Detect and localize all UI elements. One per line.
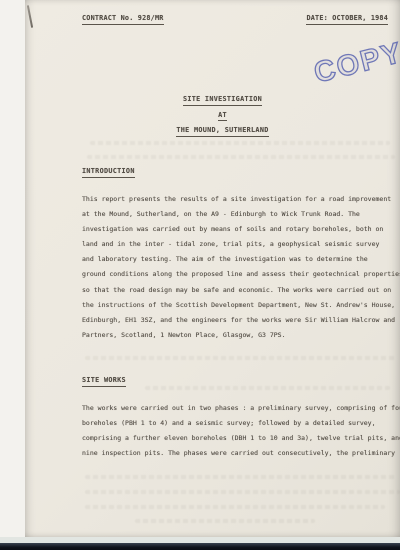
introduction-paragraph: This report presents the results of a si… xyxy=(82,192,392,343)
section-heading-site-works: SITE WORKS xyxy=(82,376,126,384)
document-title: SITE INVESTIGATION AT THE MOUND, SUTHERL… xyxy=(115,95,330,137)
paragraph-line: land and in the inter - tidal zone, tria… xyxy=(82,237,392,252)
title-line-2: AT xyxy=(218,111,227,122)
bleed-through-line xyxy=(145,386,390,390)
bleed-through-line xyxy=(85,490,400,494)
title-line-1: SITE INVESTIGATION xyxy=(183,95,262,106)
paragraph-line: comprising a further eleven boreholes (D… xyxy=(82,431,392,446)
scanned-page: CONTRACT No. 928/MR DATE: OCTOBER, 1984 … xyxy=(25,0,400,538)
paragraph-line: Edinburgh, EH1 3SZ, and the engineers fo… xyxy=(82,313,392,328)
bleed-through-line xyxy=(90,141,390,145)
paragraph-line: at the Mound, Sutherland, on the A9 - Ed… xyxy=(82,207,392,222)
bleed-through-line xyxy=(85,356,395,360)
bleed-through-line xyxy=(85,505,385,509)
bleed-through-line xyxy=(135,519,315,523)
paragraph-line: the instructions of the Scottish Develop… xyxy=(82,298,392,313)
document-header: CONTRACT No. 928/MR DATE: OCTOBER, 1984 xyxy=(82,14,388,25)
document-date: DATE: OCTOBER, 1984 xyxy=(306,14,388,25)
paragraph-line: so that the road design may be safe and … xyxy=(82,283,392,298)
site-works-paragraph: The works were carried out in two phases… xyxy=(82,401,392,461)
paragraph-line: investigation was carried out by means o… xyxy=(82,222,392,237)
copy-stamp: COPY xyxy=(311,34,400,90)
title-line-3: THE MOUND, SUTHERLAND xyxy=(176,126,268,137)
bleed-through-line xyxy=(85,475,397,479)
paragraph-line: Partners, Scotland, 1 Newton Place, Glas… xyxy=(82,328,392,343)
paragraph-line: ground conditions along the proposed lin… xyxy=(82,267,392,282)
scan-bottom-edge xyxy=(0,543,400,550)
section-heading-introduction: INTRODUCTION xyxy=(82,167,135,175)
paragraph-line: and laboratory testing. The aim of the i… xyxy=(82,252,392,267)
paragraph-line: This report presents the results of a si… xyxy=(82,192,392,207)
contract-number: CONTRACT No. 928/MR xyxy=(82,14,164,25)
paragraph-line: boreholes (PBH 1 to 4) and a seismic sur… xyxy=(82,416,392,431)
paragraph-line: The works were carried out in two phases… xyxy=(82,401,392,416)
bleed-through-line xyxy=(87,155,395,159)
paragraph-line: nine inspection pits. The phases were ca… xyxy=(82,446,392,461)
